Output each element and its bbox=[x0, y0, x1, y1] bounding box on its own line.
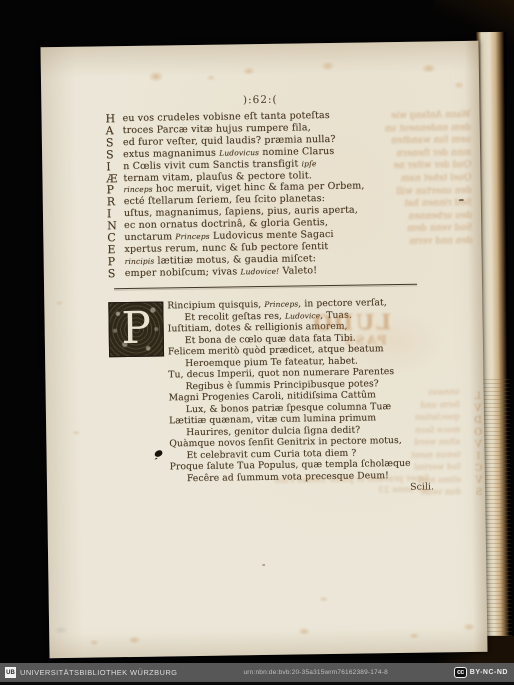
library-name: UNIVERSITÄTSBIBLIOTHEK WÜRZBURG bbox=[20, 668, 177, 677]
line-text: Ludovicus mente Sagaci bbox=[210, 229, 334, 242]
bleedthrough-char: I bbox=[475, 451, 483, 463]
italic-name: Ludovice! bbox=[240, 267, 279, 277]
cc-icon: cc bbox=[454, 667, 467, 678]
paper-speck bbox=[459, 199, 464, 201]
library-branding: UB UNIVERSITÄTSBIBLIOTHEK WÜRZBURG bbox=[5, 667, 177, 678]
license-text: BY-NC-ND bbox=[470, 669, 508, 676]
book-scan-viewer: ):62:( Heu vos crudeles vobisne eſt tant… bbox=[0, 0, 514, 685]
bleedthrough-char: V bbox=[474, 439, 482, 451]
line-text: Valeto! bbox=[279, 265, 317, 277]
bleedthrough-vertical-text: LVDOVICVS bbox=[474, 391, 483, 499]
acrostic-initial: S bbox=[106, 149, 123, 161]
acrostic-initial: S bbox=[108, 268, 125, 280]
bleedthrough-char: L bbox=[474, 391, 482, 403]
italic-name: ipſe bbox=[302, 159, 317, 168]
bleedthrough-char: C bbox=[475, 463, 483, 475]
bleedthrough-char: D bbox=[474, 415, 482, 427]
italic-name: rincipis bbox=[125, 256, 155, 265]
bleedthrough-char: V bbox=[475, 475, 483, 487]
line-text: emper nobiſcum; vivas bbox=[125, 266, 241, 279]
acrostic-initial: S bbox=[106, 137, 123, 149]
urn-identifier: urn:nbn:de:bvb:20-35a315wrm76162389-174-… bbox=[243, 669, 387, 676]
poem-line: Fecêre ad ſummum vota precesque Deum! bbox=[187, 469, 411, 484]
poem-line-text: emper nobiſcum; vivas Ludovice! Valeto! bbox=[125, 265, 317, 280]
ink-blot bbox=[154, 449, 164, 457]
initial-letter: P bbox=[109, 303, 163, 355]
line-text: Et recolit geſtas res, bbox=[184, 310, 285, 322]
license-badge: cc BY-NC-ND bbox=[454, 667, 508, 678]
italic-name: Ludovicus bbox=[219, 148, 259, 158]
line-text: nomine Clarus bbox=[259, 146, 334, 158]
library-logo: UB bbox=[5, 667, 16, 678]
line-text: extus magnanimus bbox=[123, 147, 219, 159]
line-text: Fecêre ad ſummum vota precesque Deum! bbox=[187, 470, 389, 484]
decorated-initial: P bbox=[108, 301, 164, 357]
line-text: , Tuas. bbox=[320, 309, 352, 320]
line-text: hoc meruit, viget hinc & fama per Orbem, bbox=[153, 181, 365, 195]
italic-name: rinceps bbox=[124, 185, 153, 194]
bleedthrough-char: O bbox=[474, 427, 482, 439]
bleedthrough-line: dic nnne 23 bbox=[269, 485, 429, 498]
line-text: unctarum bbox=[124, 231, 175, 243]
acrostic-initial: I bbox=[106, 161, 123, 173]
paper-speck bbox=[262, 564, 265, 566]
bleedthrough-char: S bbox=[475, 487, 483, 499]
poem-line: Semper nobiſcum; vivas Ludovice! Valeto! bbox=[108, 264, 366, 280]
elegiac-poem: Rincipium quisquis, Princeps, in pectore… bbox=[167, 297, 411, 485]
viewer-footer: UB UNIVERSITÄTSBIBLIOTHEK WÜRZBURG urn:n… bbox=[0, 663, 514, 682]
page-number: ):62:( bbox=[41, 91, 479, 109]
italic-name: Princeps bbox=[264, 299, 298, 309]
acrostic-poem: Heu vos crudeles vobisne eſt tanta poteſ… bbox=[105, 109, 365, 279]
line-text: Rincipium quisquis, bbox=[167, 299, 264, 311]
italic-name: Ludovice bbox=[285, 311, 320, 321]
line-text: , in pectore verſat, bbox=[298, 297, 387, 309]
divider-rule bbox=[114, 284, 417, 289]
catchword: Scili. bbox=[410, 481, 434, 492]
book-page: ):62:( Heu vos crudeles vobisne eſt tant… bbox=[40, 41, 487, 658]
bleedthrough-char: V bbox=[474, 403, 482, 415]
italic-name: Princeps bbox=[175, 232, 209, 242]
